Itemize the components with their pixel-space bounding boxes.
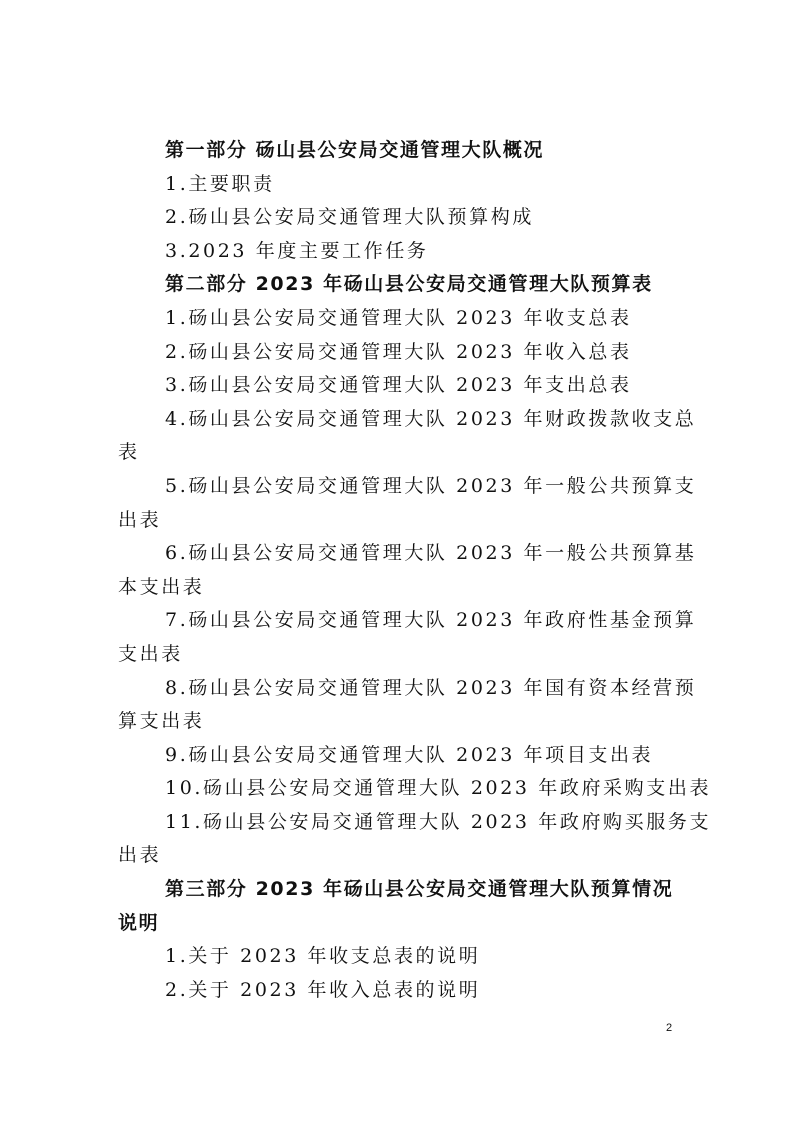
toc-item: 7.砀山县公安局交通管理大队 2023 年政府性基金预算 bbox=[118, 604, 678, 638]
toc-item: 6.砀山县公安局交通管理大队 2023 年一般公共预算基 bbox=[118, 537, 678, 571]
toc-item: 3.2023 年度主要工作任务 bbox=[118, 235, 678, 269]
toc-item-continuation: 出表 bbox=[118, 839, 678, 873]
toc-item: 10.砀山县公安局交通管理大队 2023 年政府采购支出表 bbox=[118, 772, 678, 806]
toc-item-continuation: 算支出表 bbox=[118, 705, 678, 739]
toc-item: 3.砀山县公安局交通管理大队 2023 年支出总表 bbox=[118, 369, 678, 403]
part3-heading: 第三部分 2023 年砀山县公安局交通管理大队预算情况 bbox=[118, 873, 678, 907]
part3-heading-continuation: 说明 bbox=[118, 907, 678, 941]
toc-item: 2.砀山县公安局交通管理大队预算构成 bbox=[118, 201, 678, 235]
part2-heading: 第二部分 2023 年砀山县公安局交通管理大队预算表 bbox=[118, 268, 678, 302]
toc-item-continuation: 本支出表 bbox=[118, 571, 678, 605]
toc-item-continuation: 表 bbox=[118, 436, 678, 470]
toc-item-continuation: 出表 bbox=[118, 504, 678, 538]
toc-item: 2.关于 2023 年收入总表的说明 bbox=[118, 974, 678, 1008]
toc-item: 2.砀山县公安局交通管理大队 2023 年收入总表 bbox=[118, 336, 678, 370]
part1-heading: 第一部分 砀山县公安局交通管理大队概况 bbox=[118, 134, 678, 168]
toc-item-continuation: 支出表 bbox=[118, 638, 678, 672]
toc-item: 1.关于 2023 年收支总表的说明 bbox=[118, 940, 678, 974]
page-number: 2 bbox=[666, 1022, 672, 1034]
toc-item: 11.砀山县公安局交通管理大队 2023 年政府购买服务支 bbox=[118, 806, 678, 840]
toc-item: 1.砀山县公安局交通管理大队 2023 年收支总表 bbox=[118, 302, 678, 336]
toc-item: 8.砀山县公安局交通管理大队 2023 年国有资本经营预 bbox=[118, 672, 678, 706]
table-of-contents: 第一部分 砀山县公安局交通管理大队概况 1.主要职责 2.砀山县公安局交通管理大… bbox=[118, 134, 678, 1007]
toc-item: 9.砀山县公安局交通管理大队 2023 年项目支出表 bbox=[118, 739, 678, 773]
toc-item: 1.主要职责 bbox=[118, 168, 678, 202]
toc-item: 4.砀山县公安局交通管理大队 2023 年财政拨款收支总 bbox=[118, 403, 678, 437]
toc-item: 5.砀山县公安局交通管理大队 2023 年一般公共预算支 bbox=[118, 470, 678, 504]
